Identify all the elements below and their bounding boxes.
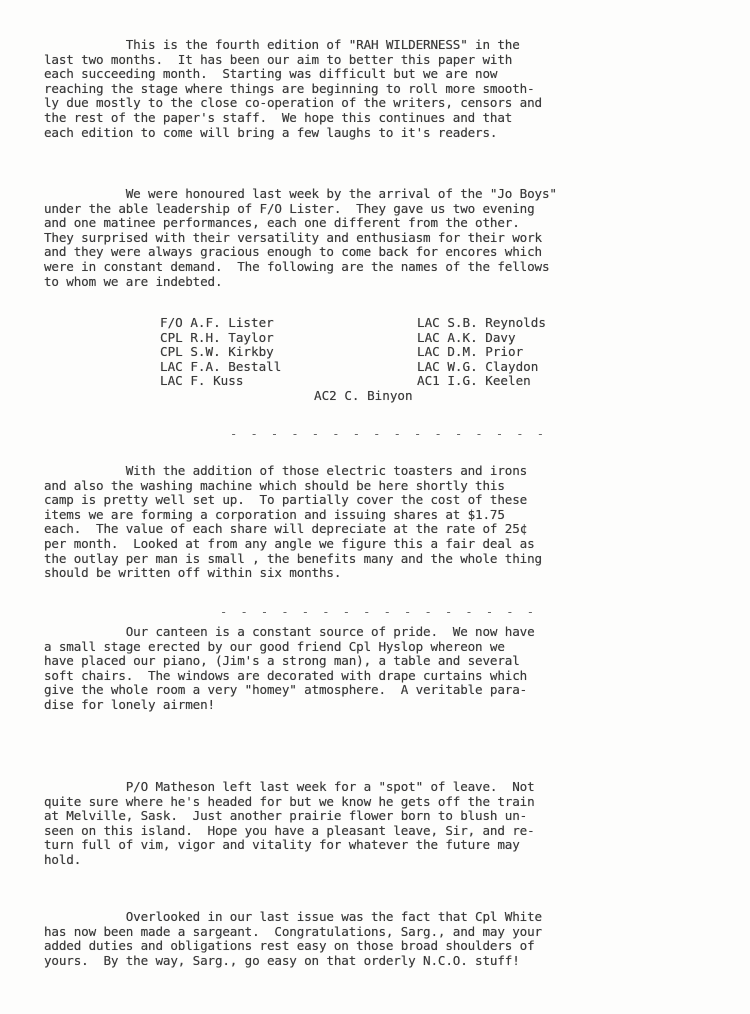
- section-separator: - - - - - - - - - - - - - - - -: [230, 427, 547, 441]
- names-center-entry: AC2 C. Binyon: [314, 389, 413, 404]
- text-line: give the whole room a very "homey" atmos…: [44, 683, 724, 698]
- text-line: added duties and obligations rest easy o…: [44, 939, 724, 954]
- text-line: Our canteen is a constant source of prid…: [44, 625, 724, 640]
- text-line: per month. Looked at from any angle we f…: [44, 537, 724, 552]
- performer-name: LAC F. Kuss: [160, 374, 281, 389]
- performer-name: LAC F.A. Bestall: [160, 360, 281, 375]
- text-line: under the able leadership of F/O Lister.…: [44, 202, 724, 217]
- text-line: items we are forming a corporation and i…: [44, 508, 724, 523]
- text-line: and they were always gracious enough to …: [44, 245, 724, 260]
- performer-name: LAC D.M. Prior: [417, 345, 546, 360]
- text-line: camp is pretty well set up. To partially…: [44, 493, 724, 508]
- text-line: should be written off within six months.: [44, 566, 724, 581]
- paragraph-appliances: With the addition of those electric toas…: [44, 464, 724, 581]
- text-line: yours. By the way, Sarg., go easy on tha…: [44, 954, 724, 969]
- paragraph-white: Overlooked in our last issue was the fac…: [44, 910, 724, 968]
- text-line: were in constant demand. The following a…: [44, 260, 724, 275]
- text-line: dise for lonely airmen!: [44, 698, 724, 713]
- typewritten-newsletter-page: This is the fourth edition of "RAH WILDE…: [0, 0, 750, 1014]
- performer-name: CPL S.W. Kirkby: [160, 345, 281, 360]
- text-line: and also the washing machine which shoul…: [44, 479, 724, 494]
- text-line: each succeeding month. Starting was diff…: [44, 67, 724, 82]
- text-line: Overlooked in our last issue was the fac…: [44, 910, 724, 925]
- names-right-column: LAC S.B. ReynoldsLAC A.K. DavyLAC D.M. P…: [417, 316, 546, 389]
- text-line: soft chairs. The windows are decorated w…: [44, 669, 724, 684]
- performer-names-list: F/O A.F. ListerCPL R.H. TaylorCPL S.W. K…: [160, 316, 600, 389]
- text-line: and one matinee performances, each one d…: [44, 216, 724, 231]
- performer-name: AC1 I.G. Keelen: [417, 374, 546, 389]
- text-line: the outlay per man is small , the benefi…: [44, 552, 724, 567]
- paragraph-matheson: P/O Matheson left last week for a "spot"…: [44, 780, 724, 868]
- text-line: hold.: [44, 853, 724, 868]
- performer-name: F/O A.F. Lister: [160, 316, 281, 331]
- performer-name: LAC W.G. Claydon: [417, 360, 546, 375]
- paragraph-canteen: Our canteen is a constant source of prid…: [44, 625, 724, 713]
- text-line: each edition to come will bring a few la…: [44, 126, 724, 141]
- text-line: have placed our piano, (Jim's a strong m…: [44, 654, 724, 669]
- performer-name: CPL R.H. Taylor: [160, 331, 281, 346]
- text-line: We were honoured last week by the arriva…: [44, 187, 724, 202]
- text-line: last two months. It has been our aim to …: [44, 53, 724, 68]
- text-line: P/O Matheson left last week for a "spot"…: [44, 780, 724, 795]
- text-line: seen on this island. Hope you have a ple…: [44, 824, 724, 839]
- text-line: each. The value of each share will depre…: [44, 522, 724, 537]
- text-line: at Melville, Sask. Just another prairie …: [44, 809, 724, 824]
- text-line: This is the fourth edition of "RAH WILDE…: [44, 38, 724, 53]
- section-separator: - - - - - - - - - - - - - - - -: [220, 605, 537, 619]
- performer-name: LAC A.K. Davy: [417, 331, 546, 346]
- names-left-column: F/O A.F. ListerCPL R.H. TaylorCPL S.W. K…: [160, 316, 281, 389]
- text-line: turn full of vim, vigor and vitality for…: [44, 838, 724, 853]
- text-line: the rest of the paper's staff. We hope t…: [44, 111, 724, 126]
- text-line: They surprised with their versatility an…: [44, 231, 724, 246]
- text-line: With the addition of those electric toas…: [44, 464, 724, 479]
- text-line: reaching the stage where things are begi…: [44, 82, 724, 97]
- paragraph-intro: This is the fourth edition of "RAH WILDE…: [44, 38, 724, 140]
- text-line: ly due mostly to the close co-operation …: [44, 96, 724, 111]
- text-line: to whom we are indebted.: [44, 275, 724, 290]
- text-line: quite sure where he's headed for but we …: [44, 795, 724, 810]
- paragraph-jo-boys: We were honoured last week by the arriva…: [44, 187, 724, 289]
- text-line: a small stage erected by our good friend…: [44, 640, 724, 655]
- performer-name: LAC S.B. Reynolds: [417, 316, 546, 331]
- text-line: has now been made a sargeant. Congratula…: [44, 925, 724, 940]
